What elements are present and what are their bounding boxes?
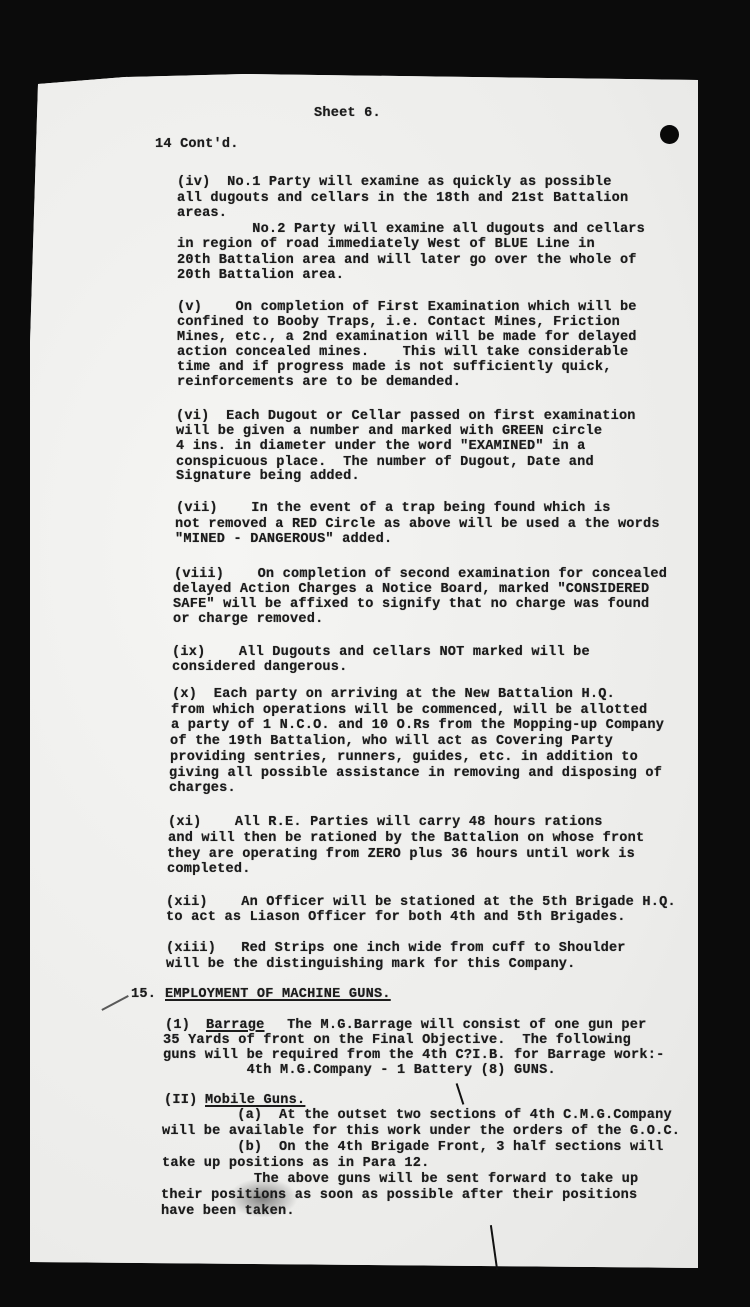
text-line: (b) On the 4th Brigade Front, 3 half sec… <box>162 1140 663 1155</box>
text-line: (vii) In the event of a trap being found… <box>176 501 611 516</box>
text-line: considered dangerous. <box>172 660 348 675</box>
text-line: 35 Yards of front on the Final Objective… <box>163 1033 631 1048</box>
text-line: in region of road immediately West of BL… <box>177 237 595 252</box>
text-line: have been taken. <box>161 1204 295 1219</box>
text-line: providing sentries, runners, guides, etc… <box>170 750 638 765</box>
text-line: charges. <box>169 781 236 796</box>
text-line: 20th Battalion area and will later go ov… <box>177 253 637 268</box>
barrage-marker: (1) <box>165 1018 190 1033</box>
sheet-label: Sheet 6. <box>314 106 381 121</box>
text-line: time and if progress made is not suffici… <box>177 360 612 375</box>
text-line: of the 19th Battalion, who will act as C… <box>170 734 613 749</box>
text-line: giving all possible assistance in removi… <box>169 766 662 781</box>
text-line: (x) Each party on arriving at the New Ba… <box>172 687 615 702</box>
text-line: confined to Booby Traps, i.e. Contact Mi… <box>177 315 620 330</box>
text-line: action concealed mines. This will take c… <box>177 345 628 360</box>
text-line: a party of 1 N.C.O. and 10 O.Rs from the… <box>171 718 664 733</box>
text-line: 4th M.G.Company - 1 Battery (8) GUNS. <box>163 1063 556 1078</box>
text-line: 20th Battalion area. <box>177 268 344 283</box>
text-line: reinforcements are to be demanded. <box>177 375 461 390</box>
text-line: (viii) On completion of second examinati… <box>174 567 667 582</box>
text-line: will be the distinguishing mark for this… <box>166 957 576 972</box>
text-line: conspicuous place. The number of Dugout,… <box>176 455 594 470</box>
text-line: (xiii) Red Strips one inch wide from cuf… <box>166 941 626 956</box>
text-line: Mines, etc., a 2nd examination will be m… <box>177 330 637 345</box>
text-line: all dugouts and cellars in the 18th and … <box>177 191 628 206</box>
text-line: guns will be required from the 4th C?I.B… <box>163 1048 664 1063</box>
text-line: 4 ins. in diameter under the word "EXAMI… <box>176 439 586 454</box>
text-line: not removed a RED Circle as above will b… <box>175 517 660 532</box>
text-line: take up positions as in Para 12. <box>162 1156 429 1171</box>
section-heading: EMPLOYMENT OF MACHINE GUNS. <box>165 987 391 1002</box>
text-line: their positions as soon as possible afte… <box>161 1188 637 1203</box>
text-line: they are operating from ZERO plus 36 hou… <box>167 847 635 862</box>
mobile-guns-marker: (II) <box>164 1093 197 1108</box>
text-line: Signature being added. <box>176 469 360 484</box>
text-line: No.2 Party will examine all dugouts and … <box>177 222 645 237</box>
text-line: (iv) No.1 Party will examine as quickly … <box>177 175 612 190</box>
text-line: The M.G.Barrage will consist of one gun … <box>262 1018 646 1033</box>
text-line: (a) At the outset two sections of 4th C.… <box>162 1108 672 1123</box>
text-line: SAFE" will be affixed to signify that no… <box>173 597 649 612</box>
barrage-title: Barrage <box>206 1018 265 1033</box>
text-line: completed. <box>167 862 251 877</box>
text-line: (ix) All Dugouts and cellars NOT marked … <box>172 645 590 660</box>
text-line: to act as Liason Officer for both 4th an… <box>166 910 626 925</box>
punch-hole <box>660 125 679 144</box>
text-line: will be given a number and marked with G… <box>176 424 602 439</box>
text-line: (xii) An Officer will be stationed at th… <box>166 895 676 910</box>
text-line: "MINED - DANGEROUS" added. <box>175 532 392 547</box>
text-line: The above guns will be sent forward to t… <box>162 1172 638 1187</box>
text-line: delayed Action Charges a Notice Board, m… <box>173 582 649 597</box>
text-line: will be available for this work under th… <box>162 1124 680 1139</box>
text-line: or charge removed. <box>173 612 323 627</box>
section-number: 15. <box>131 987 156 1002</box>
text-line: (v) On completion of First Examination w… <box>177 300 637 315</box>
text-line: and will then be rationed by the Battali… <box>168 831 644 846</box>
continued-heading: 14 Cont'd. <box>155 137 239 152</box>
mobile-guns-title: Mobile Guns. <box>205 1093 305 1108</box>
text-line: from which operations will be commenced,… <box>171 703 647 718</box>
text-line: areas. <box>177 206 227 221</box>
text-line: (xi) All R.E. Parties will carry 48 hour… <box>168 815 603 830</box>
text-line: (vi) Each Dugout or Cellar passed on fir… <box>176 409 636 424</box>
